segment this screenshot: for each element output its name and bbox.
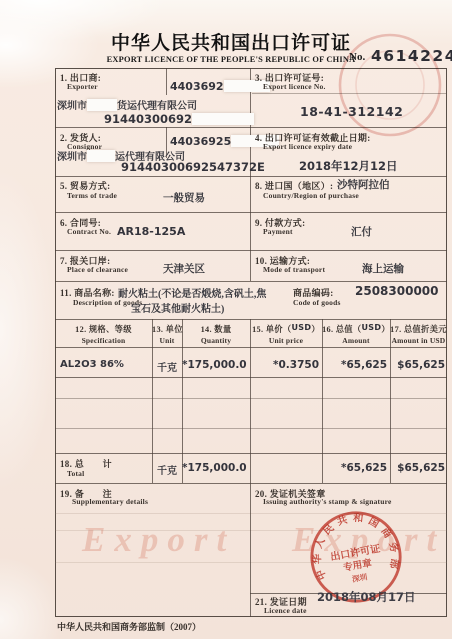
col-header-cn-post: ） (381, 325, 390, 334)
col-header-en: Specification (55, 336, 152, 345)
redaction-box (192, 113, 254, 125)
stamp-line3: 深圳 (351, 571, 368, 584)
grid-hline (55, 453, 447, 454)
grid-hline (55, 483, 447, 484)
field-5-label-en: Terms of trade (67, 191, 117, 200)
col-header-cn: 15. 单价（USD） (250, 323, 322, 335)
field-1-label-en: Exporter (67, 82, 98, 91)
total-amount: *65,625 (324, 462, 387, 474)
field-21-label-en: Licence date (264, 606, 307, 615)
total-amount-usd: $65,625 (391, 462, 445, 474)
col-header-unit-price: 15. 单价（USD） Unit price (250, 323, 322, 345)
col-header-quantity: 14. 数量 Quantity (182, 323, 250, 345)
field-1-company-prefix: 深圳市 (57, 101, 87, 112)
field-1-code-value: 4403692 (170, 80, 224, 93)
col-header-cn: 13. 单位 (152, 323, 182, 335)
grid-vline (166, 68, 167, 95)
field-10-label-en: Mode of transport (263, 265, 325, 274)
field-9-value: 汇付 (351, 224, 372, 239)
field-10-value: 海上运输 (362, 261, 404, 276)
grid-hline (55, 347, 447, 348)
field-8-value: 沙特阿拉伯 (337, 177, 390, 192)
export-licence-scan: { "header": { "title_cn": "中华人民共和国出口许可证"… (0, 0, 452, 639)
col-header-en: Quantity (182, 336, 250, 345)
grid-hline (55, 281, 447, 282)
row-quantity: *175,000.0 (182, 359, 245, 371)
field-1-credit-value: 91440300692 (104, 112, 192, 126)
field-6-label-en: Contract No. (67, 227, 111, 236)
grid-hline (55, 212, 447, 213)
grid-hline (55, 250, 447, 251)
currency-label: USD (292, 323, 312, 332)
col-header-en: Unit price (250, 336, 322, 345)
row-amount: *65,625 (324, 359, 387, 371)
licence-no-label: No. (349, 51, 365, 63)
col-header-cn-post: ） (311, 325, 320, 334)
field-2-code-value: 44036925 (170, 135, 231, 148)
col-header-cn: 14. 数量 (182, 323, 250, 335)
page-title: 中华人民共和国出口许可证 (66, 28, 396, 55)
total-quantity: *175,000.0 (182, 462, 245, 474)
field-19-label-en: Supplementary details (72, 497, 148, 506)
grid-vline (250, 319, 251, 617)
col-header-cn-pre: 16. 总值（ (322, 325, 361, 334)
field-11-value-line1: 耐火粘土(不论是否煅烧,含矾土,焦 (118, 285, 266, 300)
col-header-en: Amount in USD (390, 336, 447, 345)
export-watermark: Export (82, 520, 235, 560)
footer-imprint: 中华人民共和国商务部监制（2007） (57, 620, 201, 633)
licence-no-value: 4614224 (371, 47, 452, 65)
field-1-credit-code: 91440300692 (104, 110, 254, 128)
field-4-label-en: Export licence expiry date (263, 142, 352, 151)
field-3-value: 18-41-312142 (300, 104, 403, 119)
col-header-amount-usd: 17. 总值折美元 Amount in USD (390, 323, 447, 345)
currency-label: USD (362, 323, 382, 332)
row-specification: AL2O3 86% (60, 359, 124, 370)
field-7-label-en: Place of clearance (67, 265, 128, 274)
col-header-en: Unit (152, 336, 182, 345)
col-header-specification: 12. 规格、等级 Specification (55, 323, 152, 345)
page-subtitle: EXPORT LICENCE OF THE PEOPLE'S REPUBLIC … (66, 55, 396, 64)
row-unit: 千克 (152, 359, 182, 374)
field-3-label-en: Export licence No. (263, 82, 326, 91)
grid-hline (55, 377, 447, 378)
col-header-cn: 12. 规格、等级 (55, 323, 152, 335)
grid-hline (55, 428, 447, 429)
grid-hline (55, 319, 447, 320)
total-label-en: Total (67, 469, 84, 478)
grid-hline (55, 398, 447, 399)
total-unit: 千克 (152, 462, 182, 477)
row-amount-usd: $65,625 (391, 359, 445, 371)
col-header-en: Amount (322, 336, 390, 345)
field-5-value: 一般贸易 (163, 190, 205, 205)
redaction-box (87, 150, 115, 162)
field-8-label-en: Country/Region of purchase (263, 191, 359, 200)
row-unit-price: *0.3750 (252, 359, 319, 371)
field-9-label-en: Payment (263, 227, 293, 236)
field-2-company-prefix: 深圳市 (57, 152, 87, 163)
col-header-amount: 16. 总值（USD） Amount (322, 323, 390, 345)
col-header-unit: 13. 单位 Unit (152, 323, 182, 345)
field-21-value: 2018年08月17日 (317, 589, 416, 605)
field-4-value: 2018年12月12日 (299, 158, 398, 174)
field-2-credit-code: 91440300692547372E (121, 160, 265, 174)
field-11-value-line2: 宝石及其他耐火粘土) (131, 300, 224, 315)
field-6-value: AR18-125A (117, 225, 185, 238)
grid-vline (250, 68, 251, 281)
col-header-cn-pre: 15. 单价（ (252, 325, 291, 334)
goods-code-value: 2508300000 (355, 284, 439, 298)
col-header-cn: 16. 总值（USD） (322, 323, 390, 335)
col-header-cn: 17. 总值折美元 (390, 323, 447, 335)
goods-code-label-en: Code of goods (293, 298, 341, 307)
field-7-value: 天津关区 (163, 261, 205, 276)
